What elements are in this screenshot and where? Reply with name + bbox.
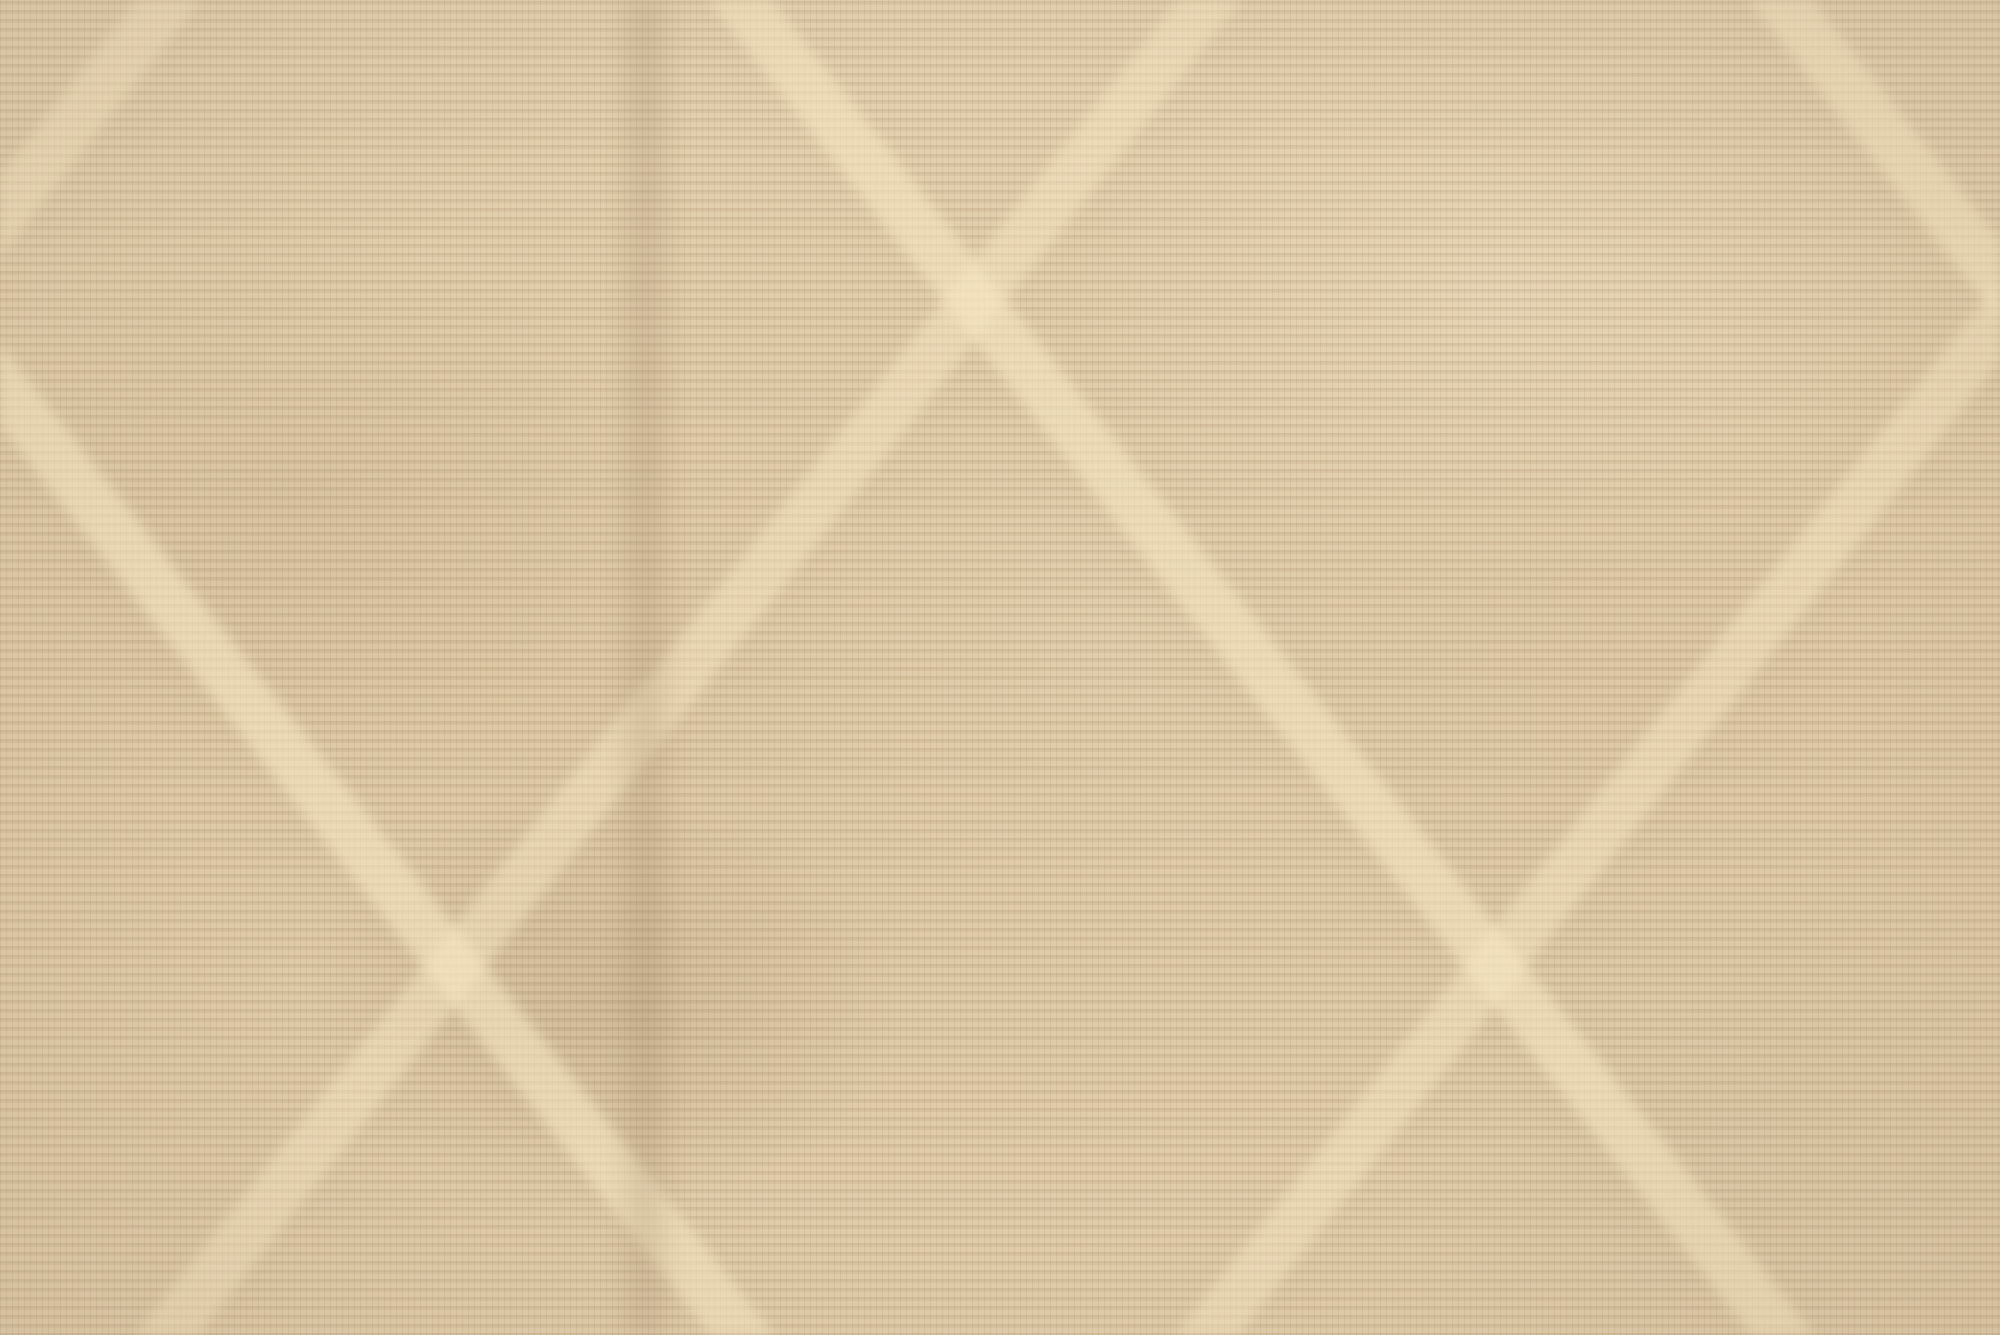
photo-vignette (0, 0, 2000, 1335)
rug-texture-photo (0, 0, 2000, 1335)
